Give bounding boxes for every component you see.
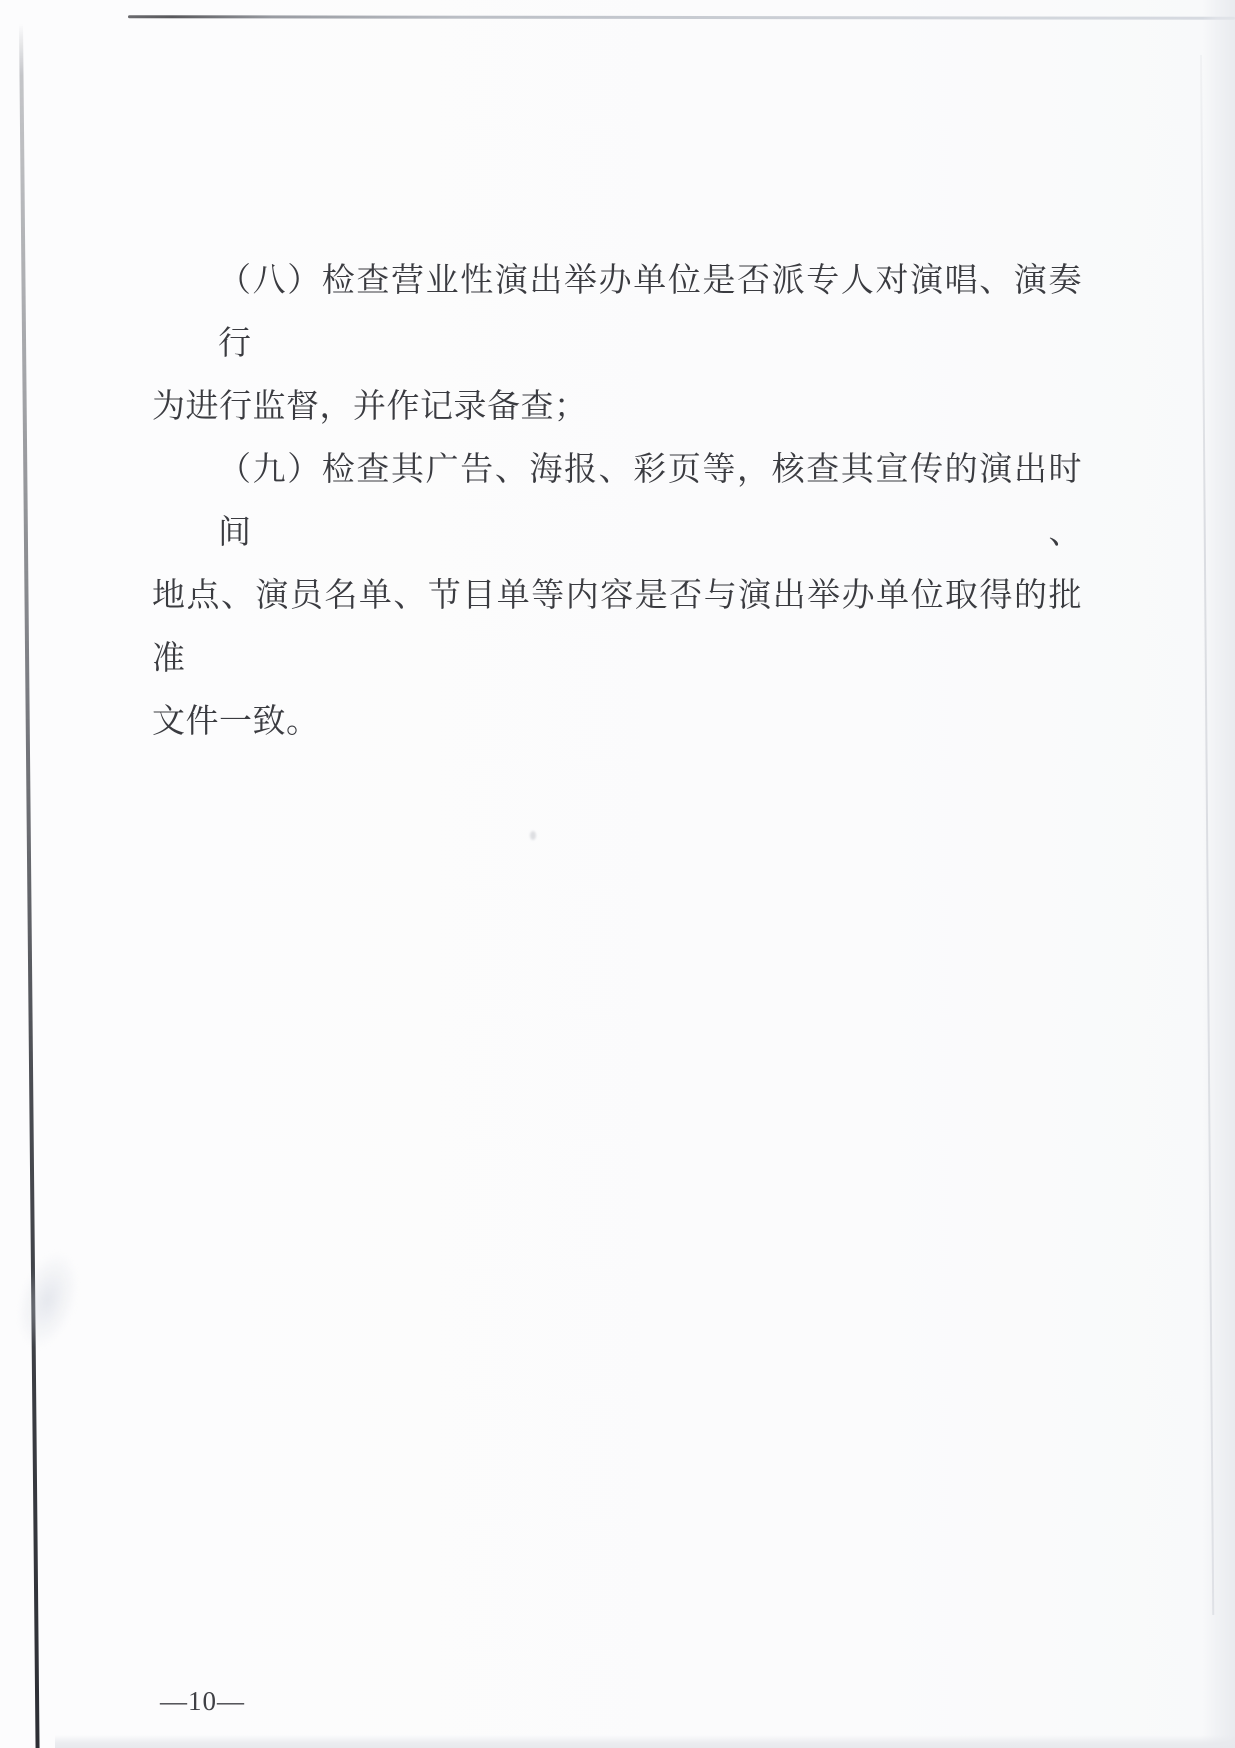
paper-speck (530, 831, 536, 840)
scan-right-edge-shade (1202, 0, 1235, 1748)
scan-left-edge-line (19, 24, 39, 1748)
text-line: 文件一致。 (152, 691, 1082, 754)
scan-top-edge-line (128, 15, 1235, 20)
scanned-page: （八）检查营业性演出举办单位是否派专人对演唱、演奏行 为进行监督，并作记录备查；… (0, 0, 1235, 1748)
scan-right-edge-line (1200, 55, 1214, 1615)
text-line: 地点、演员名单、节目单等内容是否与演出举办单位取得的批准 (152, 565, 1082, 691)
scan-smudge (6, 1244, 89, 1356)
paragraph-9: （九）检查其广告、海报、彩页等，核查其宣传的演出时间、 地点、演员名单、节目单等… (152, 439, 1082, 754)
paragraph-8: （八）检查营业性演出举办单位是否派专人对演唱、演奏行 为进行监督，并作记录备查； (152, 250, 1082, 439)
text-line: （八）检查营业性演出举办单位是否派专人对演唱、演奏行 (152, 250, 1082, 376)
page-number: —10— (160, 1684, 245, 1718)
document-body: （八）检查营业性演出举办单位是否派专人对演唱、演奏行 为进行监督，并作记录备查；… (152, 250, 1082, 754)
text-line: （九）检查其广告、海报、彩页等，核查其宣传的演出时间、 (152, 439, 1082, 565)
scan-bottom-strip (55, 1735, 1235, 1748)
text-line: 为进行监督，并作记录备查； (152, 376, 1082, 439)
